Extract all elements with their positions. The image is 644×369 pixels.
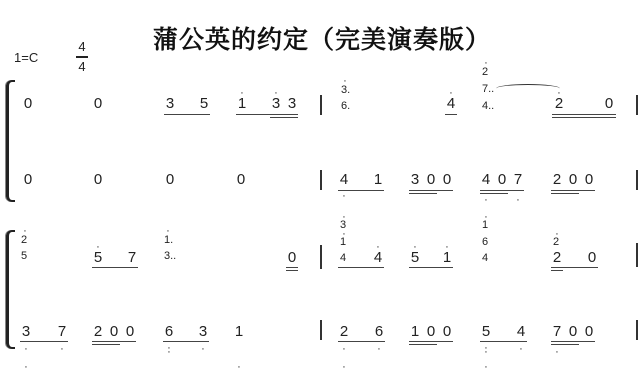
note: 0 — [124, 324, 136, 340]
low-dot: · — [233, 364, 245, 369]
underline — [92, 341, 136, 342]
chord-note: 6 — [482, 236, 488, 248]
underline — [480, 193, 508, 194]
note: 1 — [372, 172, 384, 188]
note: 0 — [583, 324, 595, 340]
system-1-brace — [6, 80, 15, 202]
low-dot: · — [338, 346, 350, 352]
underline — [338, 190, 384, 191]
note: 5 — [92, 250, 104, 266]
note: 5 — [480, 324, 492, 340]
barline — [636, 243, 638, 267]
barline — [320, 170, 322, 190]
barline — [320, 320, 322, 340]
barline — [320, 245, 322, 269]
note: 3 — [409, 172, 421, 188]
chord-note: 1 — [340, 236, 346, 248]
low-dot: · — [20, 346, 32, 352]
note: 4 — [480, 172, 492, 188]
low-dot: · — [480, 364, 492, 369]
note: 3 — [270, 96, 282, 112]
underline — [551, 341, 595, 342]
chord-note: 3.. — [164, 250, 176, 262]
note: 0 — [496, 172, 508, 188]
chord-note: 6. — [341, 100, 350, 112]
note: 3 — [164, 96, 176, 112]
note: 6 — [163, 324, 175, 340]
note: 4 — [338, 172, 350, 188]
low-dot: · — [373, 346, 385, 352]
underline — [551, 190, 595, 191]
note: 0 — [567, 324, 579, 340]
note: 3 — [197, 324, 209, 340]
note: 0 — [92, 172, 104, 188]
chord-note: 1 — [482, 219, 488, 231]
note: 2 — [338, 324, 350, 340]
note: 2 — [551, 250, 563, 266]
time-signature: 4 4 — [74, 38, 90, 76]
chord-note: 4.. — [482, 100, 494, 112]
chord-note: 4 — [340, 252, 346, 264]
barline — [636, 320, 638, 340]
note: 4 — [445, 96, 457, 112]
underline — [338, 341, 385, 342]
note: 1 — [441, 250, 453, 266]
chord-note: 1. — [164, 234, 173, 246]
barline — [636, 170, 638, 190]
chord-note: 2 — [21, 234, 27, 246]
underline — [286, 270, 298, 271]
low-dot: · — [480, 349, 492, 355]
low-dot: · — [551, 349, 563, 355]
note: 2 — [553, 96, 565, 112]
note: 5 — [409, 250, 421, 266]
note: 0 — [567, 172, 579, 188]
chord-note: 4 — [482, 252, 488, 264]
note: 3 — [286, 96, 298, 112]
underline — [163, 341, 209, 342]
key-signature: 1=C — [14, 50, 38, 65]
page-title: 蒲公英的约定（完美演奏版） — [0, 20, 644, 56]
note: 7 — [126, 250, 138, 266]
underline — [409, 344, 437, 345]
note: 1 — [409, 324, 421, 340]
underline — [236, 114, 298, 115]
note: 0 — [603, 96, 615, 112]
underline — [551, 267, 598, 268]
chord-note: 2 — [482, 66, 488, 78]
note: 1 — [233, 324, 245, 340]
time-bottom: 4 — [74, 58, 90, 76]
underline — [551, 344, 579, 345]
note: 1 — [236, 96, 248, 112]
underline — [286, 267, 298, 268]
note: 0 — [441, 172, 453, 188]
underline — [552, 117, 616, 118]
note: 7 — [551, 324, 563, 340]
time-top: 4 — [74, 38, 90, 56]
underline — [409, 341, 453, 342]
underline — [551, 270, 563, 271]
underline — [20, 341, 68, 342]
underline — [92, 267, 138, 268]
underline — [164, 114, 210, 115]
note: 5 — [198, 96, 210, 112]
note: 7 — [512, 172, 524, 188]
low-dot: · — [163, 349, 175, 355]
note: 0 — [164, 172, 176, 188]
note: 0 — [425, 324, 437, 340]
note: 6 — [373, 324, 385, 340]
note: 7 — [56, 324, 68, 340]
note: 0 — [22, 96, 34, 112]
low-dot: · — [480, 197, 492, 203]
note: 0 — [286, 250, 298, 266]
underline — [92, 344, 120, 345]
low-dot: · — [512, 197, 524, 203]
low-dot: · — [338, 193, 350, 199]
low-dot: · — [338, 364, 350, 369]
underline — [409, 190, 453, 191]
note: 0 — [583, 172, 595, 188]
underline — [409, 267, 453, 268]
underline — [552, 114, 616, 115]
underline — [445, 114, 457, 115]
chord-note: 7.. — [482, 83, 494, 95]
note: 0 — [108, 324, 120, 340]
barline — [320, 95, 322, 115]
low-dot: · — [20, 364, 32, 369]
note: 0 — [235, 172, 247, 188]
underline — [409, 193, 437, 194]
note: 2 — [92, 324, 104, 340]
underline — [480, 341, 527, 342]
note: 0 — [92, 96, 104, 112]
note: 4 — [372, 250, 384, 266]
chord-note: 2 — [553, 236, 559, 248]
note: 0 — [22, 172, 34, 188]
barline — [636, 95, 638, 115]
underline — [551, 193, 579, 194]
low-dot: · — [56, 346, 68, 352]
tie — [496, 84, 560, 93]
low-dot: · — [515, 346, 527, 352]
underline — [270, 117, 298, 118]
note: 0 — [586, 250, 598, 266]
underline — [480, 190, 524, 191]
chord-note: 3. — [341, 84, 350, 96]
chord-note: 5 — [21, 250, 27, 262]
note: 4 — [515, 324, 527, 340]
low-dot: · — [197, 346, 209, 352]
note: 0 — [441, 324, 453, 340]
system-2-brace — [6, 230, 15, 349]
underline — [338, 267, 384, 268]
note: 3 — [20, 324, 32, 340]
note: 0 — [425, 172, 437, 188]
note: 2 — [551, 172, 563, 188]
